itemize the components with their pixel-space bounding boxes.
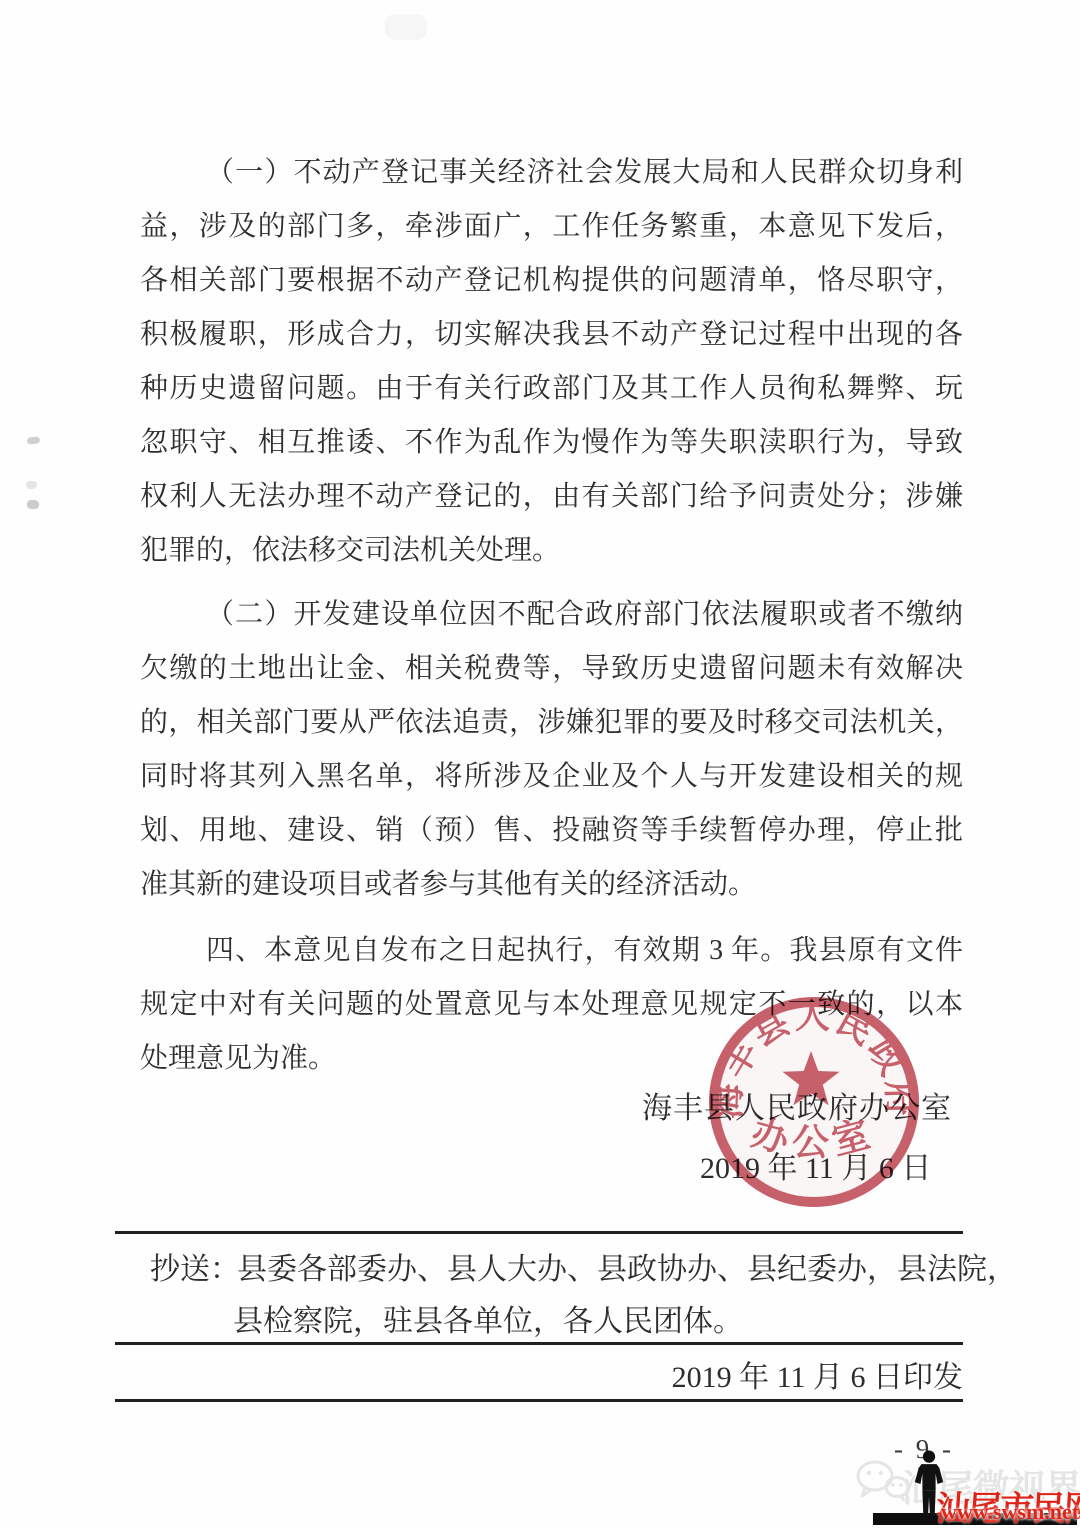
body-line: 益，涉及的部门多，牵涉面广，工作任务繁重，本意见下发后，: [140, 200, 963, 254]
body-line: 积极履职，形成合力，切实解决我县不动产登记过程中出现的各: [140, 308, 963, 362]
body-text: （一）不动产登记事关经济社会发展大局和人民群众切身利益，涉及的部门多，牵涉面广，…: [140, 146, 963, 1086]
paragraph: （二）开发建设单位因不配合政府部门依法履职或者不缴纳欠缴的土地出让金、相关税费等…: [140, 588, 963, 912]
body-line: 各相关部门要根据不动产登记机构提供的问题清单，恪尽职守，: [140, 254, 963, 308]
paragraph: （一）不动产登记事关经济社会发展大局和人民群众切身利益，涉及的部门多，牵涉面广，…: [140, 146, 963, 578]
cc-line-2: 县检察院，驻县各单位，各人民团体。: [233, 1299, 743, 1345]
watermark-site-url: www.swsm.net: [941, 1499, 1079, 1525]
separator-line-top: [115, 1231, 963, 1234]
print-date: 2019 年 11 月 6 日印发: [672, 1356, 963, 1400]
official-seal: 海丰县人民政府 办公室: [694, 982, 934, 1222]
document-page: （一）不动产登记事关经济社会发展大局和人民群众切身利益，涉及的部门多，牵涉面广，…: [0, 0, 1080, 1528]
wechat-icon: [855, 1459, 909, 1503]
cc-line-1: 县委各部委办、县人大办、县政协办、县纪委办，县法院，: [237, 1247, 1017, 1293]
body-line: 的，相关部门要从严依法追责，涉嫌犯罪的要及时移交司法机关，: [140, 696, 963, 750]
scan-artifact: [27, 500, 40, 510]
scan-artifact: [26, 481, 37, 489]
body-line: （二）开发建设单位因不配合政府部门依法履职或者不缴纳: [140, 588, 963, 642]
body-line: 犯罪的，依法移交司法机关处理。: [140, 524, 963, 578]
body-line: 权利人无法办理不动产登记的，由有关部门给予问责处分；涉嫌: [140, 470, 963, 524]
body-line: 忽职守、相互推诿、不作为乱作为慢作为等失职渎职行为，导致: [140, 416, 963, 470]
body-line: 种历史遗留问题。由于有关行政部门及其工作人员徇私舞弊、玩: [140, 362, 963, 416]
separator-line-middle: [115, 1342, 963, 1345]
body-line: 四、本意见自发布之日起执行，有效期 3 年。我县原有文件: [140, 924, 963, 978]
body-line: 准其新的建设项目或者参与其他有关的经济活动。: [140, 858, 963, 912]
scan-artifact: [385, 14, 427, 40]
body-line: 同时将其列入黑名单，将所涉及企业及个人与开发建设相关的规: [140, 750, 963, 804]
cc-label: 抄送：: [150, 1247, 240, 1293]
body-line: 欠缴的土地出让金、相关税费等，导致历史遗留问题未有效解决: [140, 642, 963, 696]
scan-artifact: [27, 436, 41, 444]
body-line: 划、用地、建设、销（预）售、投融资等手续暂停办理，停止批: [140, 804, 963, 858]
separator-line-bottom: [115, 1399, 963, 1402]
body-line: （一）不动产登记事关经济社会发展大局和人民群众切身利: [140, 146, 963, 200]
